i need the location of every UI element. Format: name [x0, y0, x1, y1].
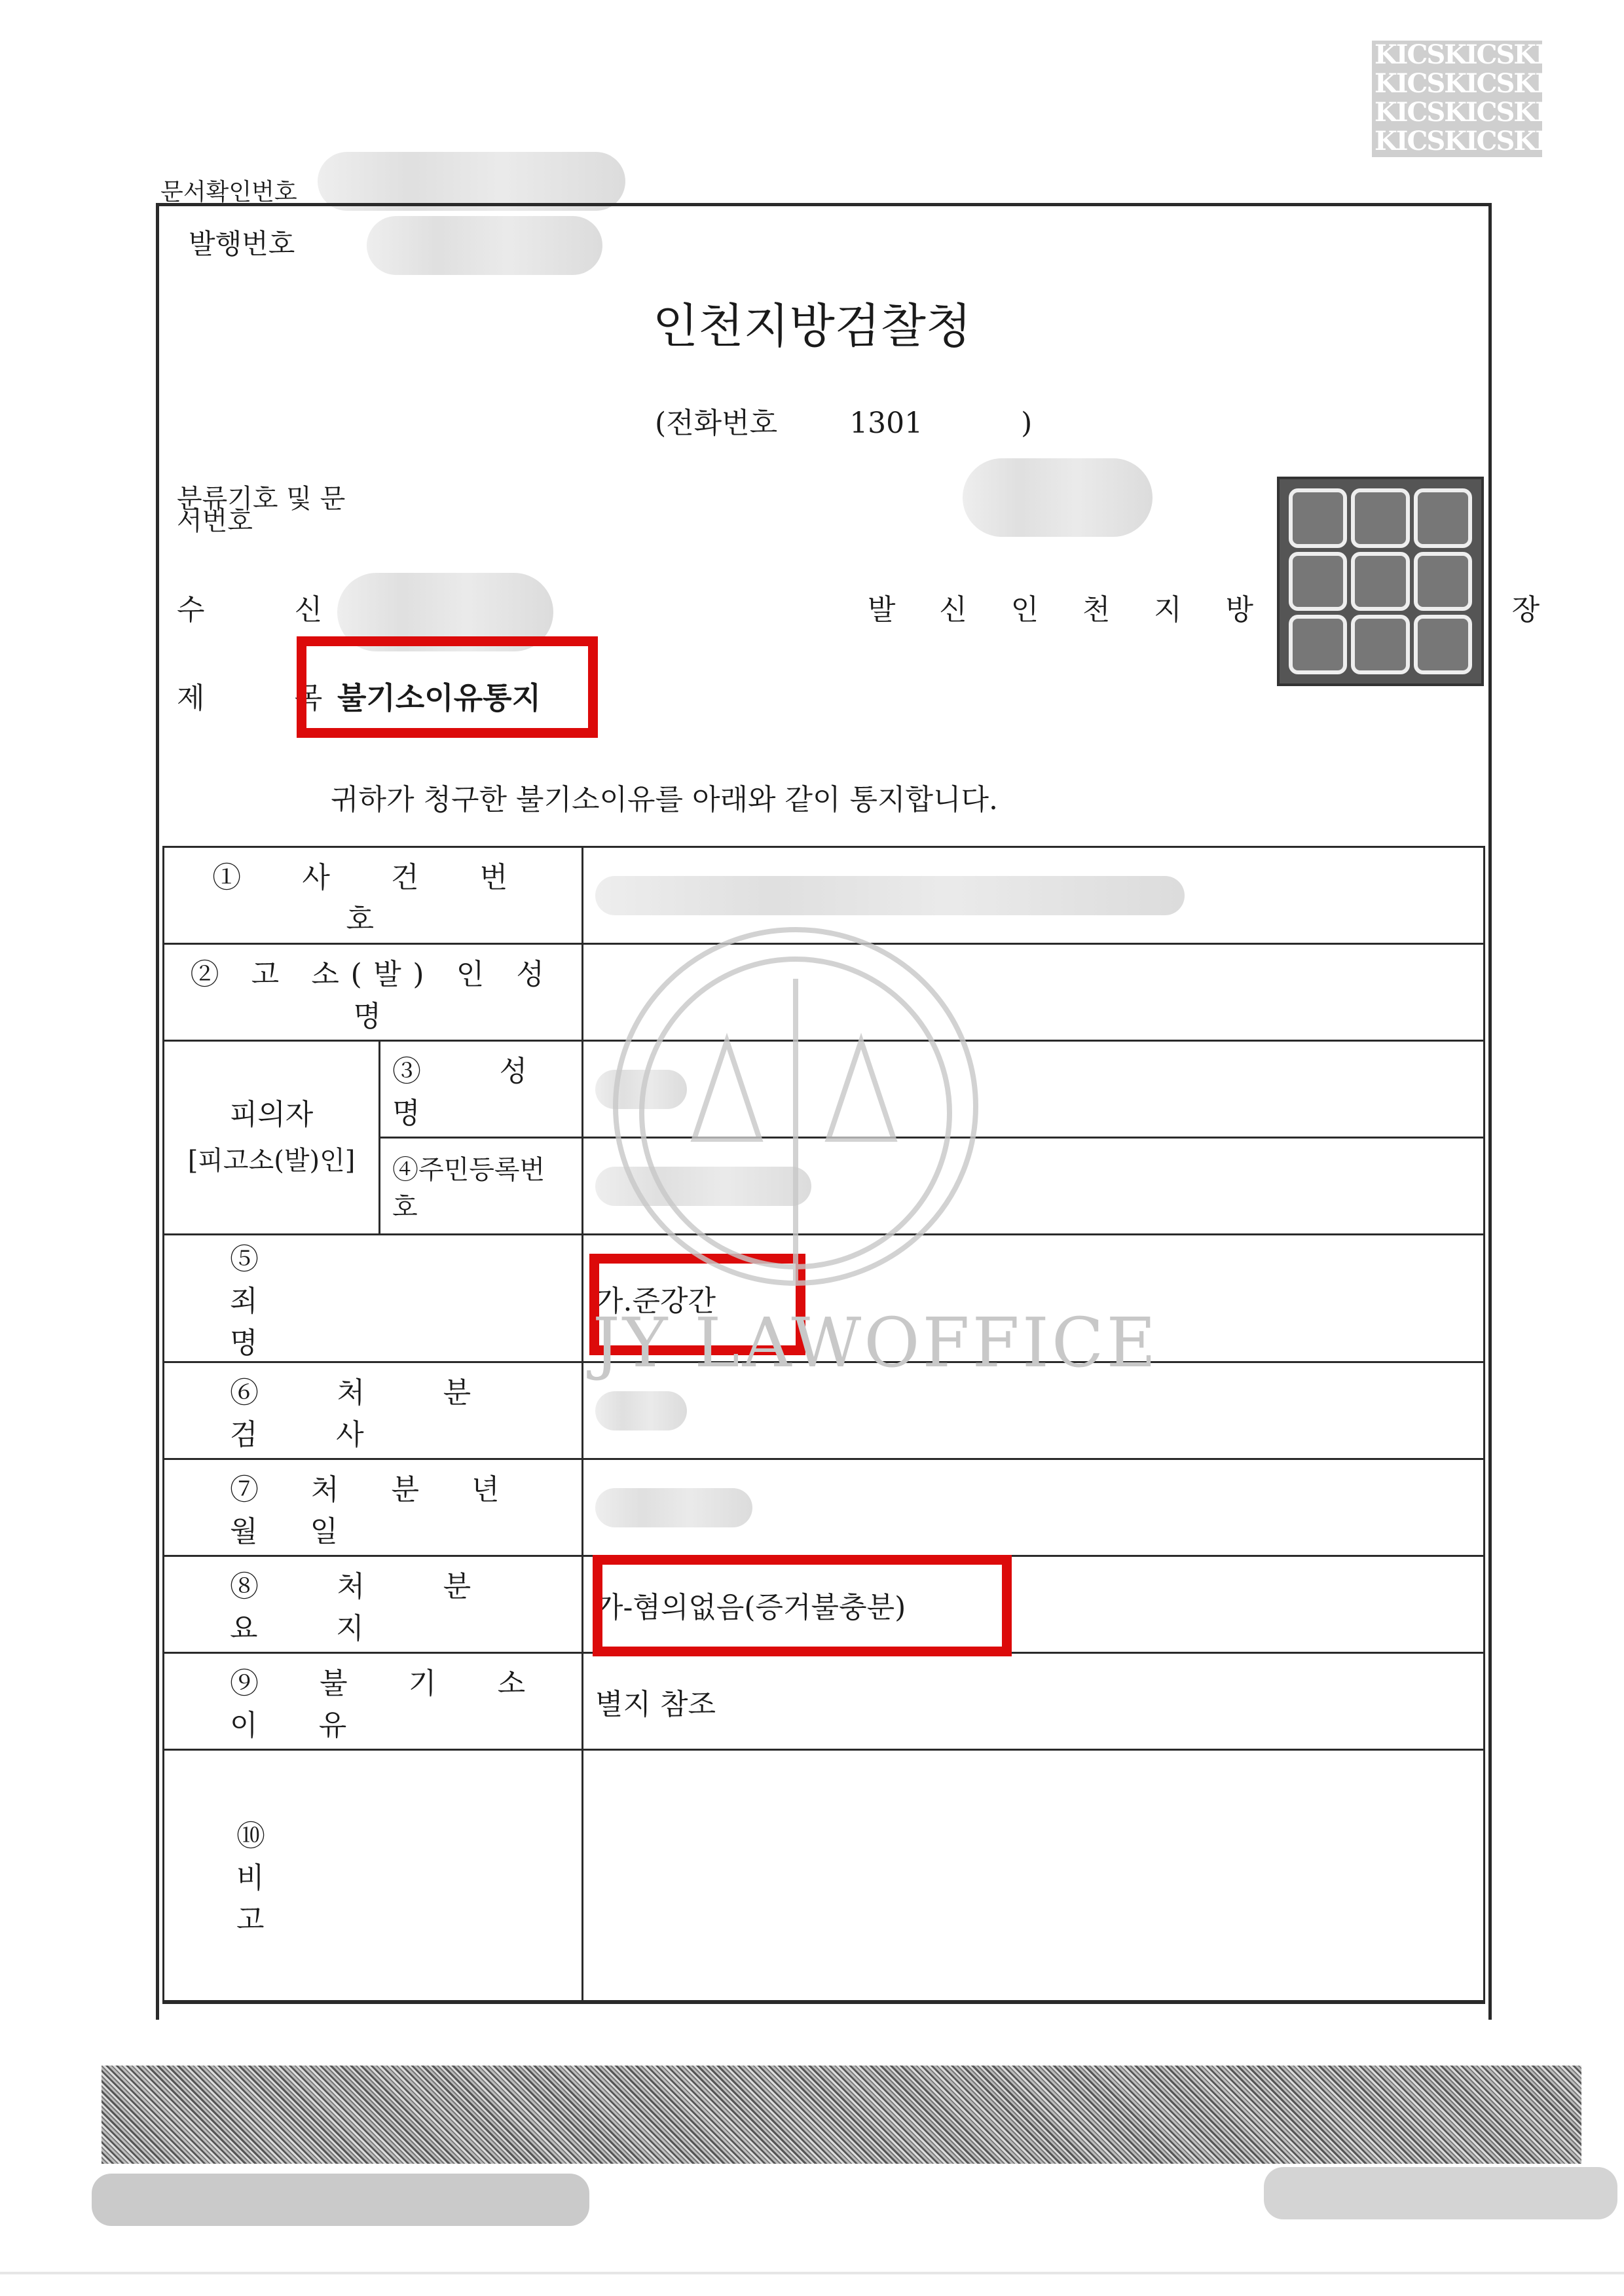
kics-security-pattern: KICSKICSKIC KICSKICSKIC KICSKICSKIC KICS… [1372, 41, 1542, 157]
phone-number: 1301 [849, 407, 923, 440]
redacted-footer-right [1264, 2167, 1617, 2219]
table-row: ① 사 건 번 호 [164, 847, 1485, 944]
row-value-non-indictment-reason: 별지 참조 [583, 1653, 1485, 1750]
row-value-case-number [583, 847, 1485, 944]
notice-sentence: 귀하가 청구한 불기소이유를 아래와 같이 통지합니다. [331, 776, 998, 818]
subject-value: 불기소이유통지 [337, 674, 541, 718]
suspect-group-label: 피의자 [피고소(발)인] [164, 1041, 380, 1235]
notice-table: ① 사 건 번 호 ② 고 소(발) 인 성 명 피의자 [피고소(발)인] ③… [162, 846, 1485, 2004]
page-edge [0, 2272, 1624, 2274]
row-value-resident-number [583, 1138, 1485, 1235]
table-row: ⑦ 처 분 년 월 일 [164, 1459, 1485, 1556]
row-value-disposition-date [583, 1459, 1485, 1556]
phone-close: ) [1021, 407, 1032, 440]
doc-confirm-label: 문서확인번호 [160, 173, 297, 207]
table-row: ② 고 소(발) 인 성 명 [164, 944, 1485, 1041]
row-label-complainant: ② 고 소(발) 인 성 명 [164, 944, 583, 1041]
security-barcode [101, 2066, 1581, 2164]
row-label-resident-number: ④주민등록번호 [380, 1138, 583, 1235]
sender-label: 발 신 [868, 593, 984, 627]
redacted-classification [963, 458, 1153, 537]
redacted-doc-confirm-number [318, 152, 625, 211]
table-row: ⑩ 비 고 [164, 1750, 1485, 2002]
row-label-disposition-date: ⑦ 처 분 년 월 일 [164, 1459, 583, 1556]
phone-line: (전화번호1301) [655, 399, 1032, 441]
row-label-disposition-summary: ⑧ 처 분 요 지 [164, 1556, 583, 1653]
issue-number-label: 발행번호 [189, 223, 295, 262]
row-label-non-indictment-reason: ⑨ 불 기 소 이 유 [164, 1653, 583, 1750]
row-label-suspect-name: ③ 성 명 [380, 1041, 583, 1138]
law-office-watermark: JY LAWOFFICE [593, 1303, 1158, 1383]
recipient-label: 수 신 [177, 586, 363, 628]
row-label-prosecutor: ⑥ 처 분 검 사 [164, 1362, 583, 1459]
official-seal-stamp [1277, 477, 1484, 686]
agency-title: 인천지방검찰청 [0, 288, 1624, 356]
row-value-suspect-name [583, 1041, 1485, 1138]
row-label-remarks: ⑩ 비 고 [164, 1750, 583, 2002]
highlight-box-disposition [593, 1555, 1012, 1656]
redacted-issue-number [367, 216, 602, 275]
row-value-complainant [583, 944, 1485, 1041]
row-value-remarks [583, 1750, 1485, 2002]
row-label-charge: ⑤ 죄 명 [164, 1235, 583, 1362]
table-row: 피의자 [피고소(발)인] ③ 성 명 [164, 1041, 1485, 1138]
phone-label: (전화번호 [655, 407, 777, 440]
table-row: ⑨ 불 기 소 이 유 별지 참조 [164, 1653, 1485, 1750]
redacted-footer-left [92, 2174, 589, 2226]
row-label-case-number: ① 사 건 번 호 [164, 847, 583, 944]
classification-label: 분류기호 및 문서번호 [177, 488, 360, 532]
